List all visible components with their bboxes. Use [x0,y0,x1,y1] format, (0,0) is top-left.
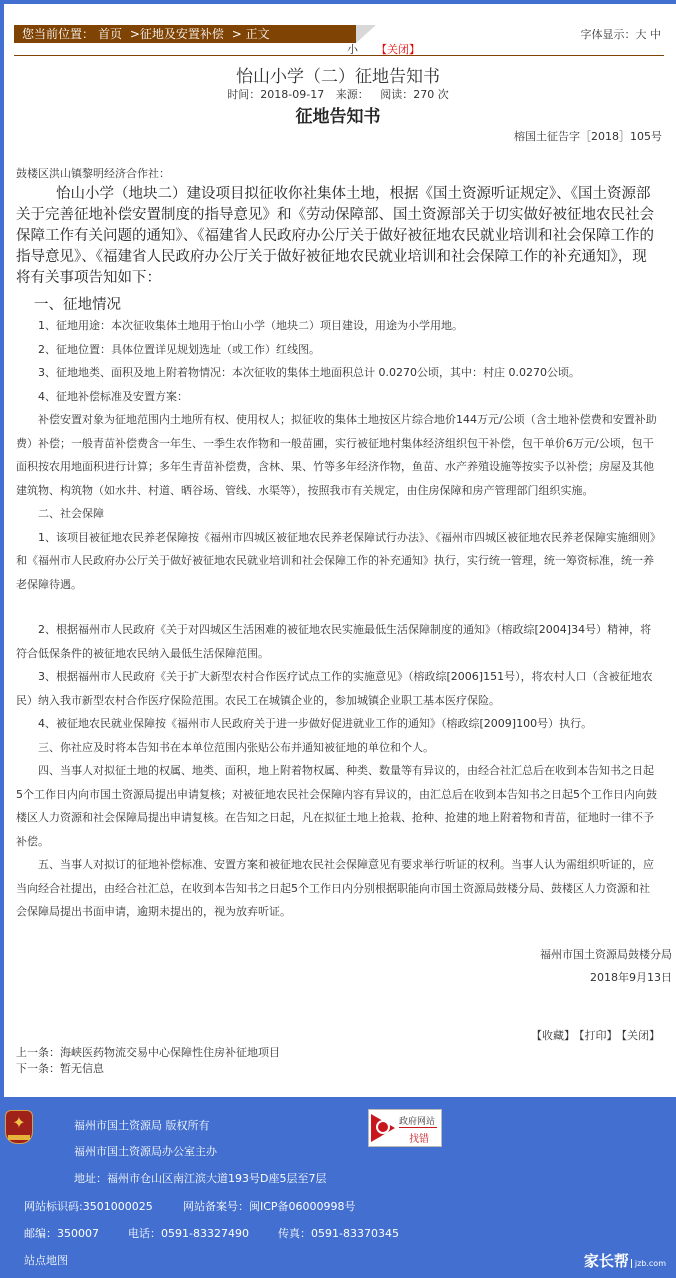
section1-item: 3、征地地类、面积及地上附着物情况：本次征收的集体土地面积总计 0.0270公顷… [16,361,660,385]
compensation-paragraph: 补偿安置对象为征地范围内土地所有权、使用权人；拟征收的集体土地按区片综合地价14… [16,408,660,502]
article-body: 鼓楼区洪山镇黎明经济合作社： 怡山小学（地块二）建设项目拟征收你社集体土地，根据… [16,166,660,924]
font-size-large[interactable]: 大 [636,28,647,41]
print-button[interactable]: 【打印】 [579,1029,618,1042]
article-meta: 时间：2018-09-17 来源： 阅读：270 次 [0,86,676,102]
footer-site-id: 网站标识码:3501000025 [24,1198,153,1214]
section4-paragraph: 四、当事人对拟征土地的权属、地类、面积，地上附着物权属、种类、数量等有异议的，由… [16,759,660,853]
site-footer: ✦ 福州市国土资源局 版权所有 福州市国土资源局办公室主办 地址：福州市仓山区南… [0,1097,676,1278]
addressee: 鼓楼区洪山镇黎明经济合作社： [16,166,660,182]
section2-item: 1、该项目被征地农民养老保障按《福州市四城区被征地农民养老保障试行办法》、《福州… [16,526,660,597]
magnifier-icon [376,1120,390,1134]
breadcrumb-current: > 正文 [232,27,270,41]
breadcrumb-home[interactable]: 首页 [98,27,122,41]
watermark-text: 家长帮 [584,1252,629,1270]
section1-item: 2、征地位置：具体位置详见规划选址（或工作）红线图。 [16,338,660,362]
section5-paragraph: 五、当事人对拟订的征地补偿标准、安置方案和被征地农民社会保障意见有要求举行听证的… [16,853,660,924]
find-error-divider [399,1127,437,1128]
next-label: 下一条： [16,1062,60,1075]
article-source: 来源： [336,88,369,101]
watermark-domain: jzb.com [631,1259,666,1268]
breadcrumb-category[interactable]: >征地及安置补偿 [130,27,224,41]
watermark-logo: 家长帮jzb.com [584,1250,666,1271]
find-error-line1: 政府网站 [399,1114,435,1127]
signature-date: 2018年9月13日 [540,966,672,989]
article-title: 怡山小学（二）征地告知书 [0,62,676,87]
footer-phone: 电话：0591-83327490 [128,1225,249,1241]
sitemap-link[interactable]: 站点地图 [24,1252,68,1268]
section2-item: 2、根据福州市人民政府《关于对四城区生活困难的被征地农民实施最低生活保障制度的通… [16,618,660,665]
publish-time: 时间：2018-09-17 [227,88,324,101]
breadcrumb: 您当前位置：首页 >征地及安置补偿 > 正文 [14,25,356,43]
footer-fax: 传真：0591-83370345 [278,1225,399,1241]
signature-block: 福州市国土资源局鼓楼分局 2018年9月13日 [540,943,672,989]
font-size-label: 字体显示： [581,28,636,41]
font-size-medium[interactable]: 中 [650,28,661,41]
read-count: 阅读：270 次 [380,88,449,101]
section2-item: 4、被征地农民就业保障按《福州市人民政府关于进一步做好促进就业工作的通知》（榕政… [16,712,660,736]
close-button[interactable]: 【关闭】 [622,1029,661,1042]
article-actions: 【收藏】【打印】【关闭】 [527,1027,660,1043]
section1-item: 4、征地补偿标准及安置方案： [16,385,660,409]
footer-host: 福州市国土资源局办公室主办 [74,1143,217,1159]
intro-paragraph: 怡山小学（地块二）建设项目拟征收你社集体土地，根据《国土资源听证规定》、《国土资… [16,184,660,289]
prev-article: 上一条：海峡医药物流交易中心保障性住房补征地项目 [16,1045,280,1061]
footer-icp[interactable]: 网站备案号：闽ICP备06000998号 [183,1198,356,1214]
prev-label: 上一条： [16,1046,60,1059]
footer-copyright: 福州市国土资源局 版权所有 [74,1117,210,1133]
article-navigation: 上一条：海峡医药物流交易中心保障性住房补征地项目 下一条：暂无信息 [16,1045,280,1077]
gov-site-find-error-button[interactable]: 政府网站 找错 [368,1109,442,1147]
footer-postcode: 邮编：350007 [24,1225,99,1241]
section3-paragraph: 三、你社应及时将本告知书在本单位范围内张贴公布并通知被征地的单位和个人。 [16,736,660,760]
next-article-text: 暂无信息 [60,1062,104,1075]
find-error-line2: 找错 [409,1130,429,1145]
article-subtitle: 征地告知书 [0,102,676,127]
prev-article-link[interactable]: 海峡医药物流交易中心保障性住房补征地项目 [60,1046,280,1059]
section2-heading: 二、社会保障 [16,502,660,526]
font-size-selector: 字体显示：大 中 [581,26,662,42]
next-article: 下一条：暂无信息 [16,1061,280,1077]
spacer [16,596,660,618]
section1-heading: 一、征地情况 [34,293,660,314]
document-number: 榕国土征告字［2018］105号 [514,128,662,144]
breadcrumb-prefix: 您当前位置： [22,27,94,41]
breadcrumb-bar: 您当前位置：首页 >征地及安置补偿 > 正文 字体显示：大 中 小【关闭】 [10,22,675,56]
emblem-banner [8,1135,30,1140]
footer-address: 地址：福州市仓山区南江滨大道193号D座5层至7层 [74,1170,326,1186]
emblem-glyph: ✦ [6,1113,32,1132]
party-gov-emblem-icon[interactable]: ✦ [5,1110,33,1144]
signature-org: 福州市国土资源局鼓楼分局 [540,943,672,966]
section1-item: 1、征地用途：本次征收集体土地用于怡山小学（地块二）项目建设，用途为小学用地。 [16,314,660,338]
header-divider [14,55,664,56]
favorite-button[interactable]: 【收藏】 [531,1029,575,1042]
section2-item: 3、根据福州市人民政府《关于扩大新型农村合作医疗试点工作的实施意见》（榕政综[2… [16,665,660,712]
